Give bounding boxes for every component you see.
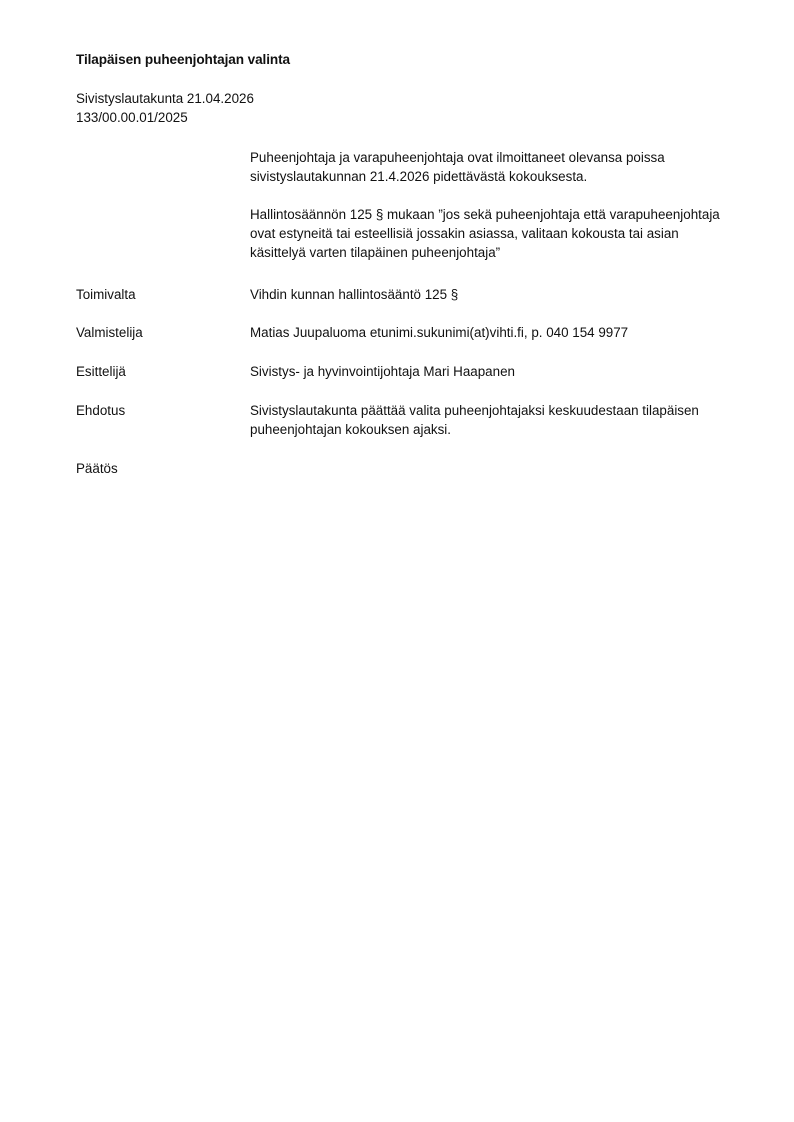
document-title: Tilapäisen puheenjohtajan valinta	[76, 50, 290, 69]
intro-section: Puheenjohtaja ja varapuheenjohtaja ovat …	[250, 148, 730, 281]
field-value: Vihdin kunnan hallintosääntö 125 §	[250, 285, 730, 304]
field-value: Matias Juupaluoma etunimi.sukunimi(at)vi…	[250, 323, 730, 342]
field-label: Päätös	[76, 459, 246, 478]
field-value: Sivistyslautakunta päättää valita puheen…	[250, 401, 730, 439]
field-value: Sivistys- ja hyvinvointijohtaja Mari Haa…	[250, 362, 730, 381]
intro-paragraph-rule-quote: Hallintosäännön 125 § mukaan ”jos sekä p…	[250, 205, 730, 262]
field-label: Ehdotus	[76, 401, 246, 420]
field-label: Esittelijä	[76, 362, 246, 381]
document-meta: Sivistyslautakunta 21.04.2026 133/00.00.…	[76, 89, 254, 127]
field-label: Valmistelija	[76, 323, 246, 342]
board-and-date: Sivistyslautakunta 21.04.2026	[76, 89, 254, 108]
intro-paragraph-absence: Puheenjohtaja ja varapuheenjohtaja ovat …	[250, 148, 730, 186]
reference-number: 133/00.00.01/2025	[76, 108, 254, 127]
document-page: Tilapäisen puheenjohtajan valinta Sivist…	[0, 0, 794, 1122]
field-label: Toimivalta	[76, 285, 246, 304]
